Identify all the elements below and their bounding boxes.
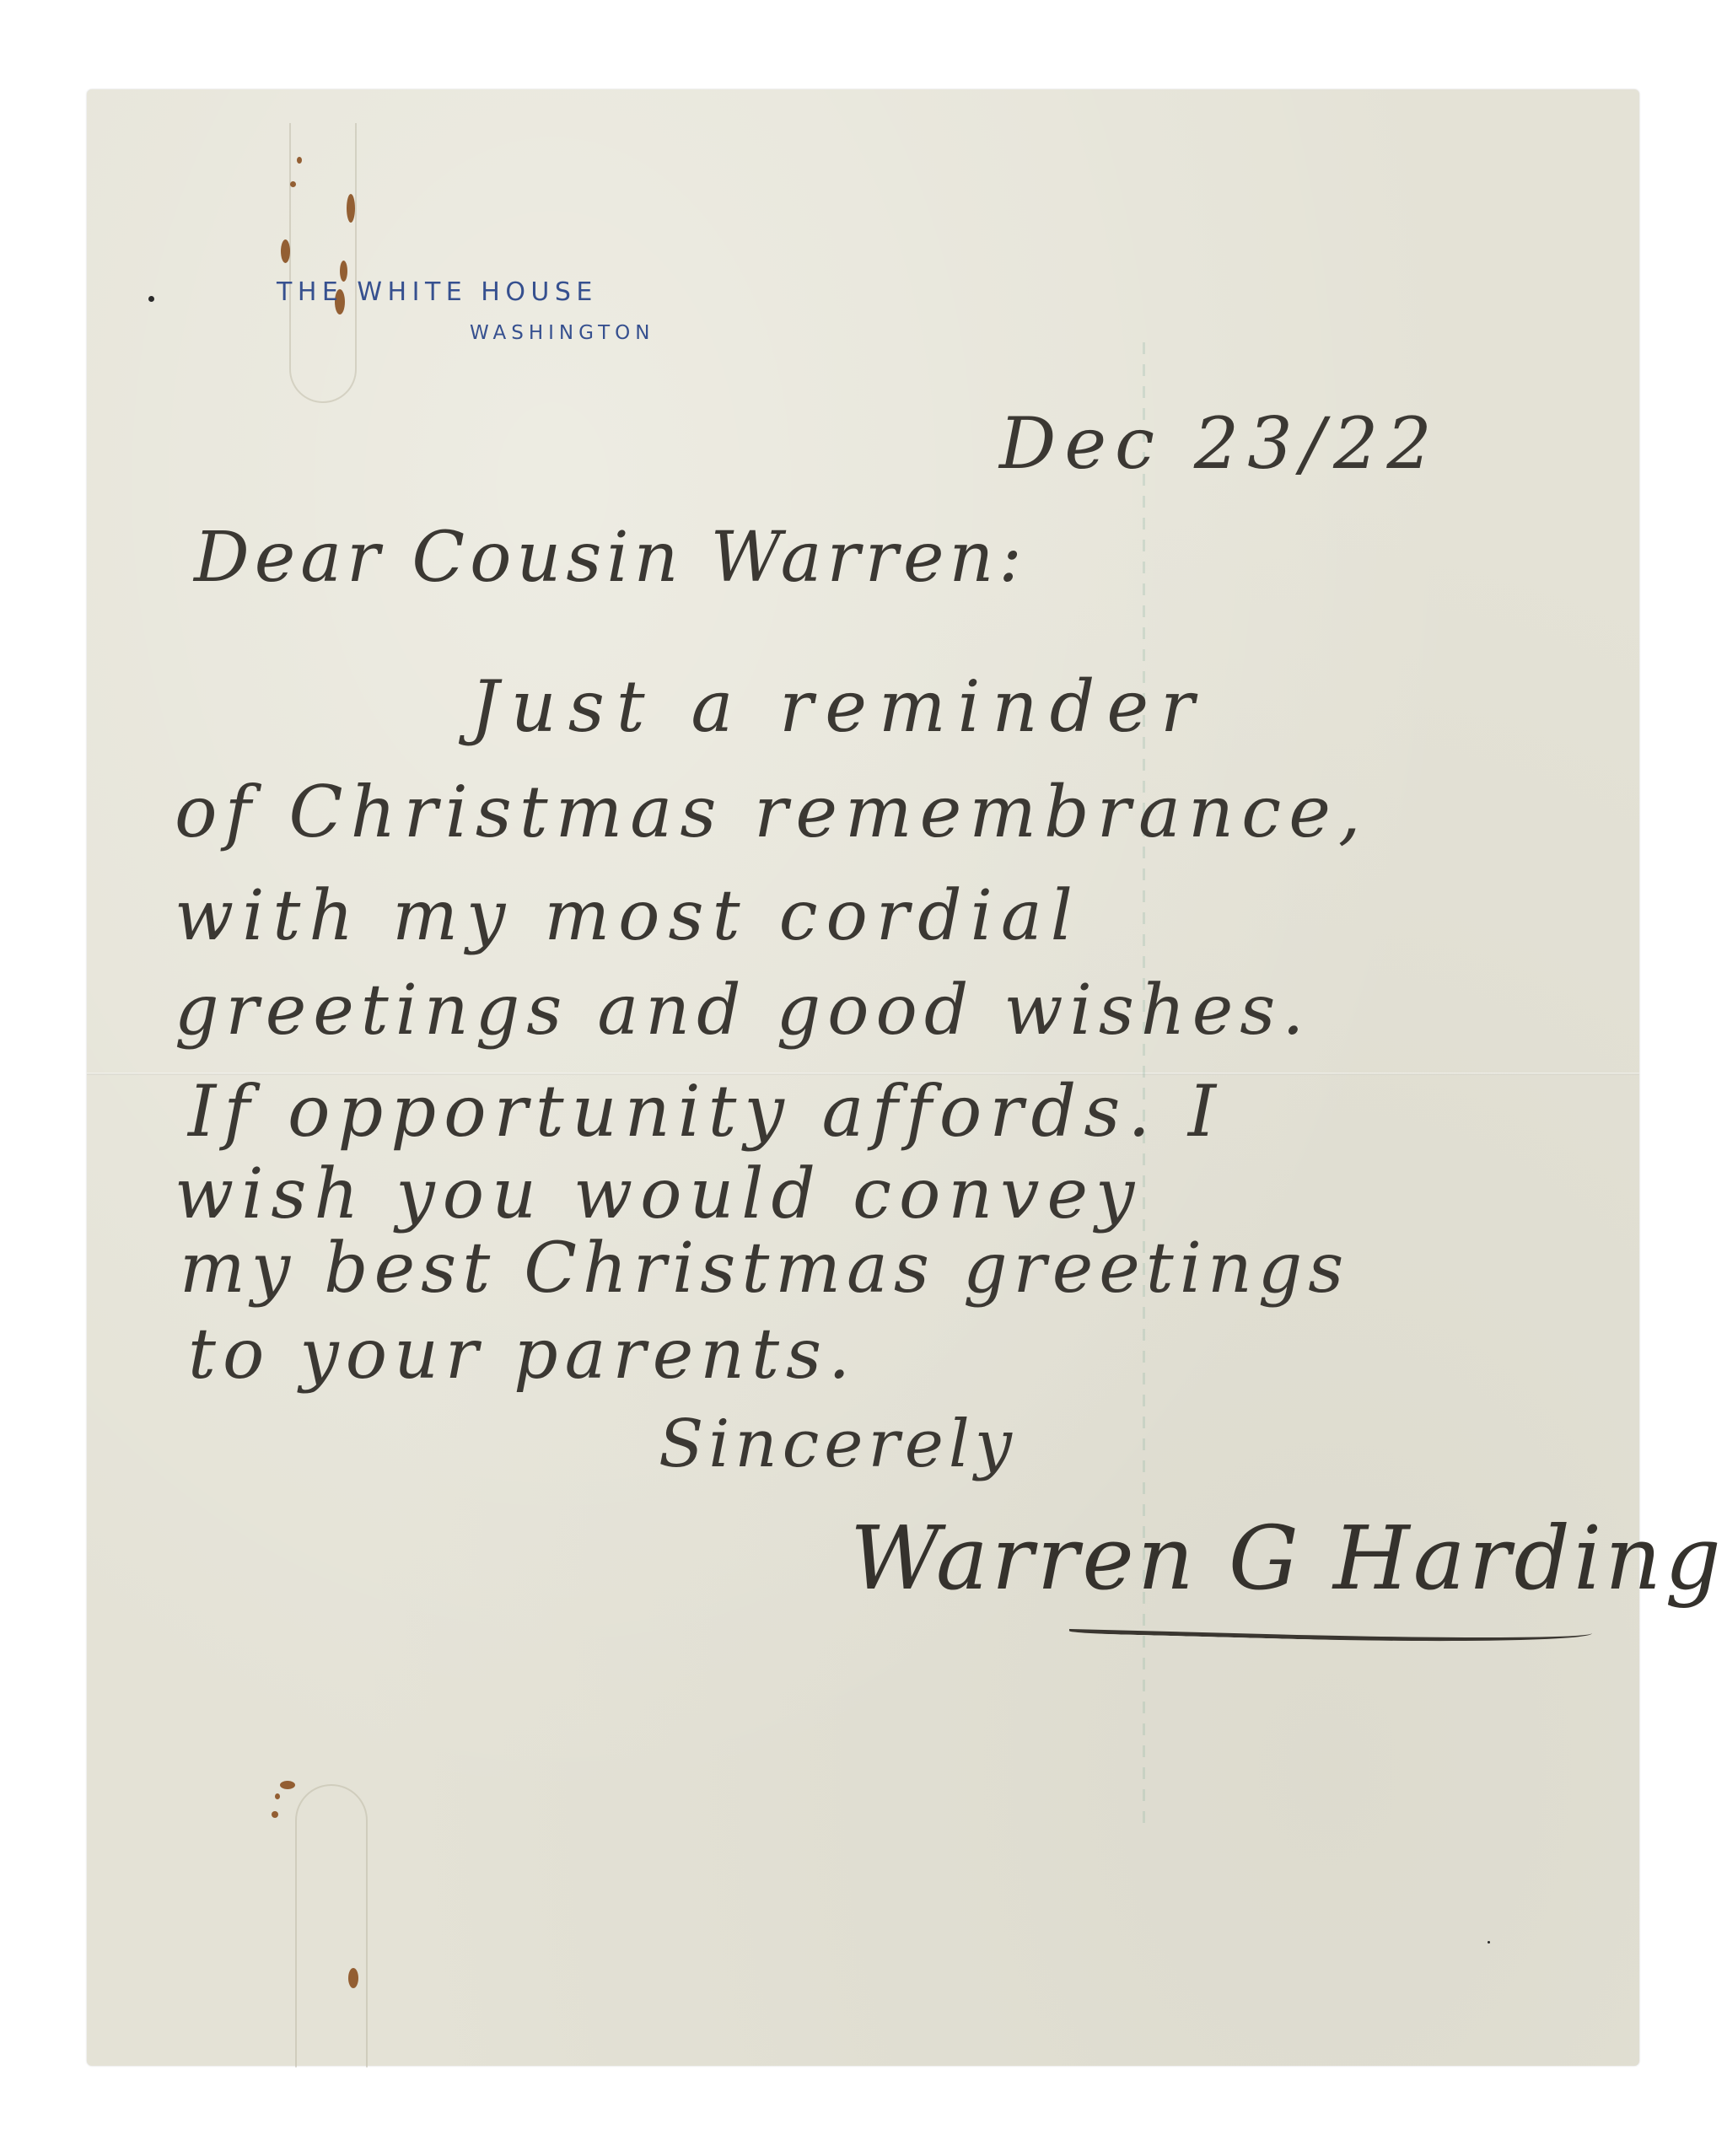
paperclip-impression-top	[289, 123, 357, 403]
letterhead-subtitle: WASHINGTON	[470, 324, 654, 343]
rust-stain	[281, 239, 290, 263]
body-line: greetings and good wishes.	[175, 976, 1310, 1046]
ink-speck	[1488, 1941, 1490, 1944]
rust-stain	[348, 1968, 358, 1988]
rust-stain	[272, 1811, 278, 1818]
rust-stain	[290, 181, 296, 187]
ink-speck	[148, 296, 154, 302]
letterhead-title: THE WHITE HOUSE	[277, 280, 598, 305]
closing: Sincerely	[659, 1411, 1017, 1477]
body-line: of Christmas remembrance,	[175, 777, 1369, 847]
body-line: to your parents.	[188, 1320, 857, 1390]
body-line: wish you would convey	[175, 1160, 1142, 1229]
body-line: If opportunity affords. I	[188, 1076, 1224, 1147]
rust-stain	[347, 194, 355, 223]
signature-underline-flourish	[1069, 1610, 1592, 1647]
rust-stain	[275, 1793, 280, 1799]
signature: Warren G Harding	[850, 1514, 1724, 1602]
letter-sheet: THE WHITE HOUSE WASHINGTON Dec 23/22 Dea…	[87, 89, 1639, 2066]
rust-stain	[280, 1781, 295, 1789]
paperclip-impression-bottom	[295, 1784, 368, 2067]
letter-date: Dec 23/22	[999, 408, 1440, 479]
body-line: my best Christmas greetings	[180, 1234, 1349, 1304]
salutation: Dear Cousin Warren:	[194, 524, 1027, 593]
rust-stain	[297, 157, 302, 164]
body-line: with my most cordial	[175, 882, 1081, 951]
body-line: Just a reminder	[471, 671, 1206, 742]
